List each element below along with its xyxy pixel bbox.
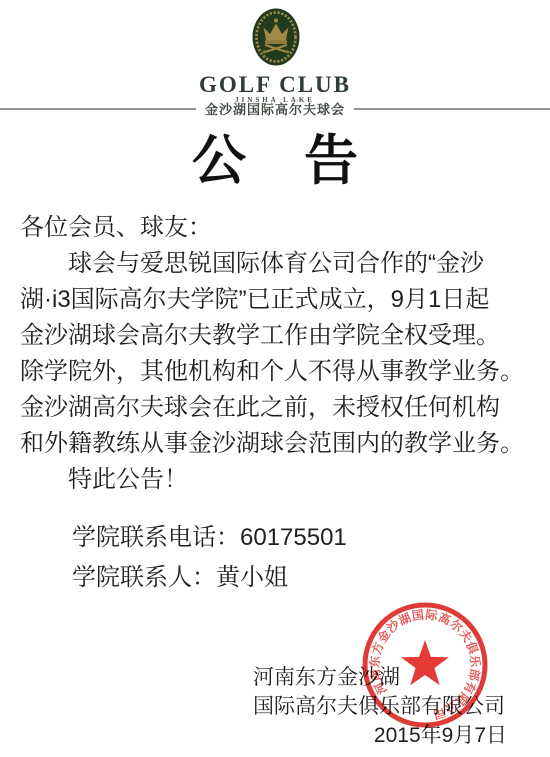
- notice-title-char: 告: [304, 132, 358, 190]
- notice-body: 各位会员、球友： 球会与爱思锐国际体育公司合作的“金沙湖·i3国际高尔夫学院”已…: [20, 210, 540, 498]
- divider-rule-right: [354, 108, 550, 110]
- notice-body-lines: 球会与爱思锐国际体育公司合作的“金沙湖·i3国际高尔夫学院”已正式成立，9月1日…: [20, 246, 540, 498]
- salutation: 各位会员、球友：: [20, 210, 540, 246]
- notice-body-line: 金沙湖球会高尔夫教学工作由学院全权受理。: [20, 318, 540, 354]
- notice-body-line: 和外籍教练从事金沙湖球会范围内的教学业务。: [20, 426, 540, 462]
- signature-company-line2: 国际高尔夫俱乐部有限公司: [253, 692, 507, 721]
- divider-rule-left: [0, 108, 196, 110]
- signature-company-line1: 河南东方金沙湖: [253, 663, 507, 692]
- notice-title: 公 告: [0, 132, 550, 190]
- logo-title: GOLF CLUB: [0, 74, 550, 96]
- notice-body-line: 球会与爱思锐国际体育公司合作的“金沙: [20, 246, 540, 282]
- notice-body-line: 金沙湖高尔夫球会在此之前，未授权任何机构: [20, 390, 540, 426]
- club-name-cn: 金沙湖国际高尔夫球会: [196, 99, 354, 118]
- contact-person: 学院联系人：黄小姐: [72, 558, 347, 598]
- signature-block: 河南东方金沙湖 国际高尔夫俱乐部有限公司 2015年9月7日: [253, 663, 507, 750]
- signature-date: 2015年9月7日: [253, 721, 507, 750]
- notice-body-line: 特此公告！: [20, 462, 540, 498]
- header-divider: 金沙湖国际高尔夫球会: [0, 101, 550, 116]
- notice-title-char: 公: [192, 132, 246, 190]
- golf-club-crest-icon: [251, 7, 301, 67]
- announcement-page: GOLF CLUB JINSHA LAKE 金沙湖国际高尔夫球会 公 告 各位会…: [0, 0, 550, 757]
- notice-body-line: 除学院外，其他机构和个人不得从事教学业务。: [20, 354, 540, 390]
- contact-phone: 学院联系电话：60175501: [72, 518, 347, 558]
- contact-block: 学院联系电话：60175501 学院联系人：黄小姐: [72, 518, 347, 598]
- notice-body-line: 湖·i3国际高尔夫学院”已正式成立，9月1日起: [20, 282, 540, 318]
